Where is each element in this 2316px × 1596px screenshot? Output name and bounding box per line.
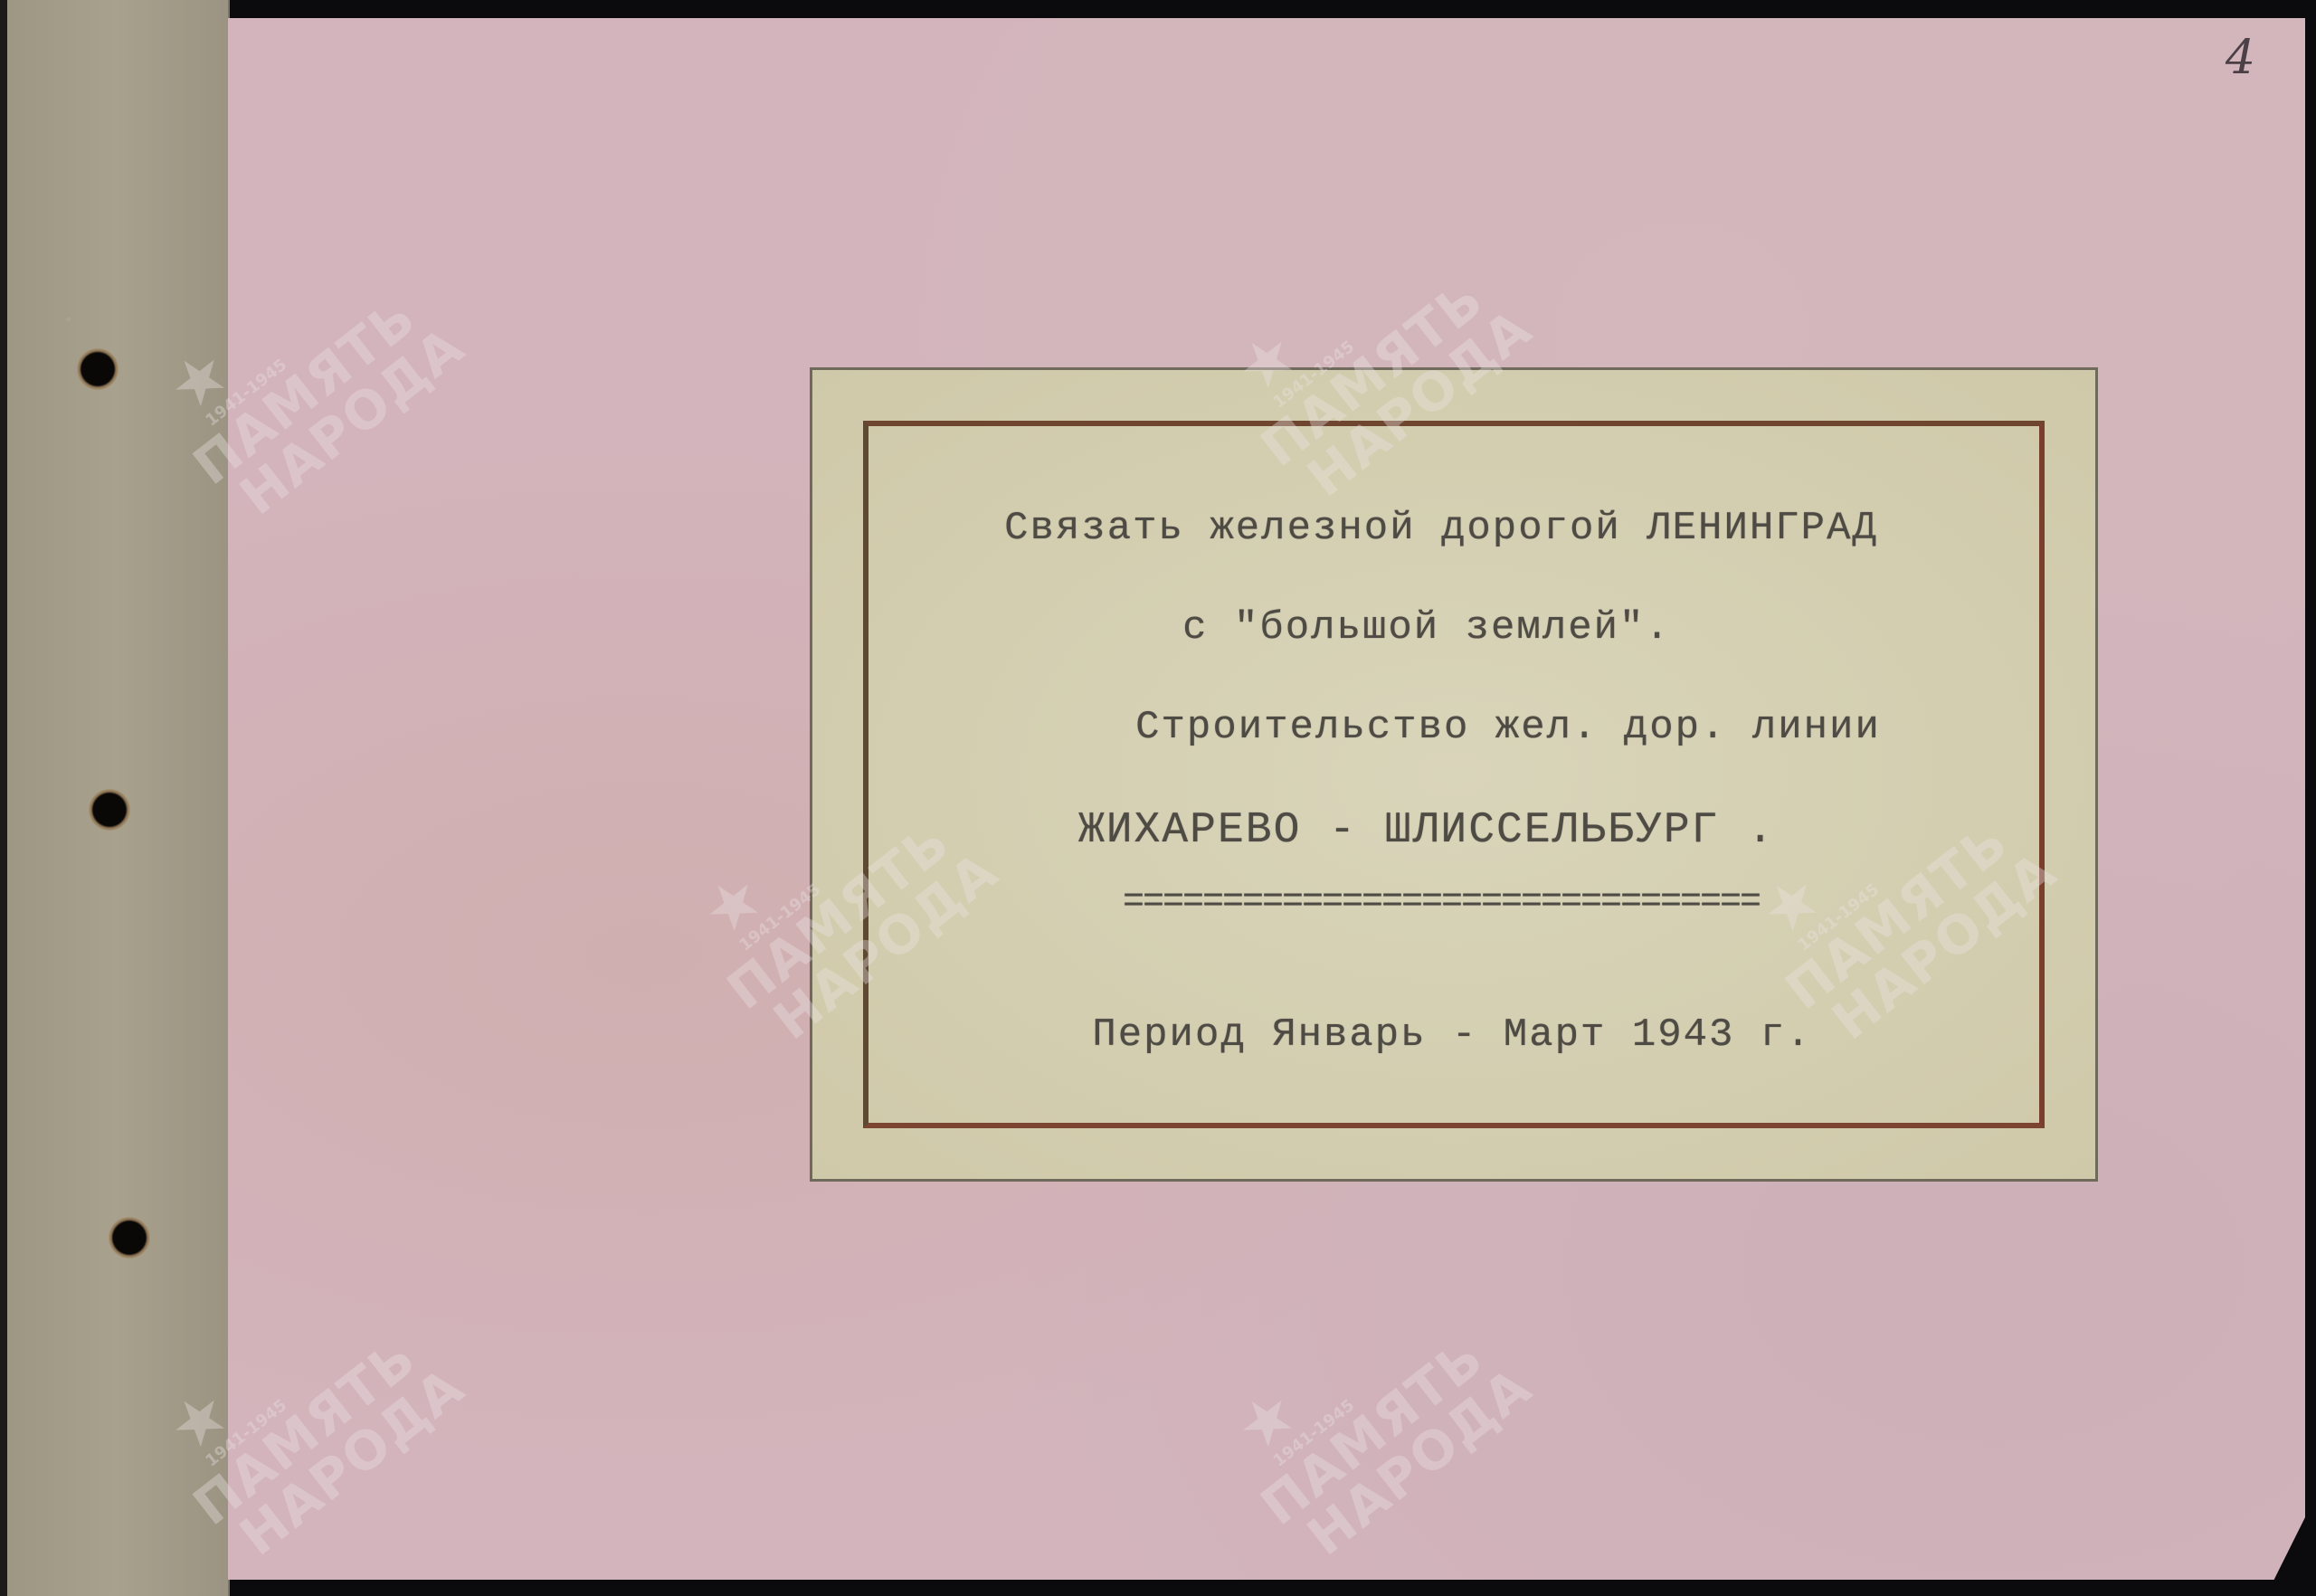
punch-hole [109, 1217, 150, 1259]
page-number: 4 [2226, 31, 2255, 85]
label-period: Период Январь - Март 1943 г. [811, 1012, 2093, 1058]
label-line-2: с "большой землей". [785, 605, 2068, 651]
title-label: Связать железной дорогой ЛЕНИНГРАД с "бо… [810, 367, 2098, 1182]
label-line-1: Связать железной дорогой ЛЕНИНГРАД [800, 506, 2083, 551]
punch-hole [89, 789, 130, 831]
binding-strip [0, 0, 230, 1596]
label-line-3: Строительство жел. дор. линии [867, 705, 2150, 750]
album-page: 4 Связать железной дорогой ЛЕНИНГРАД с "… [228, 18, 2305, 1580]
punch-hole [77, 348, 119, 390]
label-divider: ================================ [800, 882, 2083, 923]
label-line-4: ЖИХАРЕВО - ШЛИССЕЛЬБУРГ . [785, 806, 2068, 855]
